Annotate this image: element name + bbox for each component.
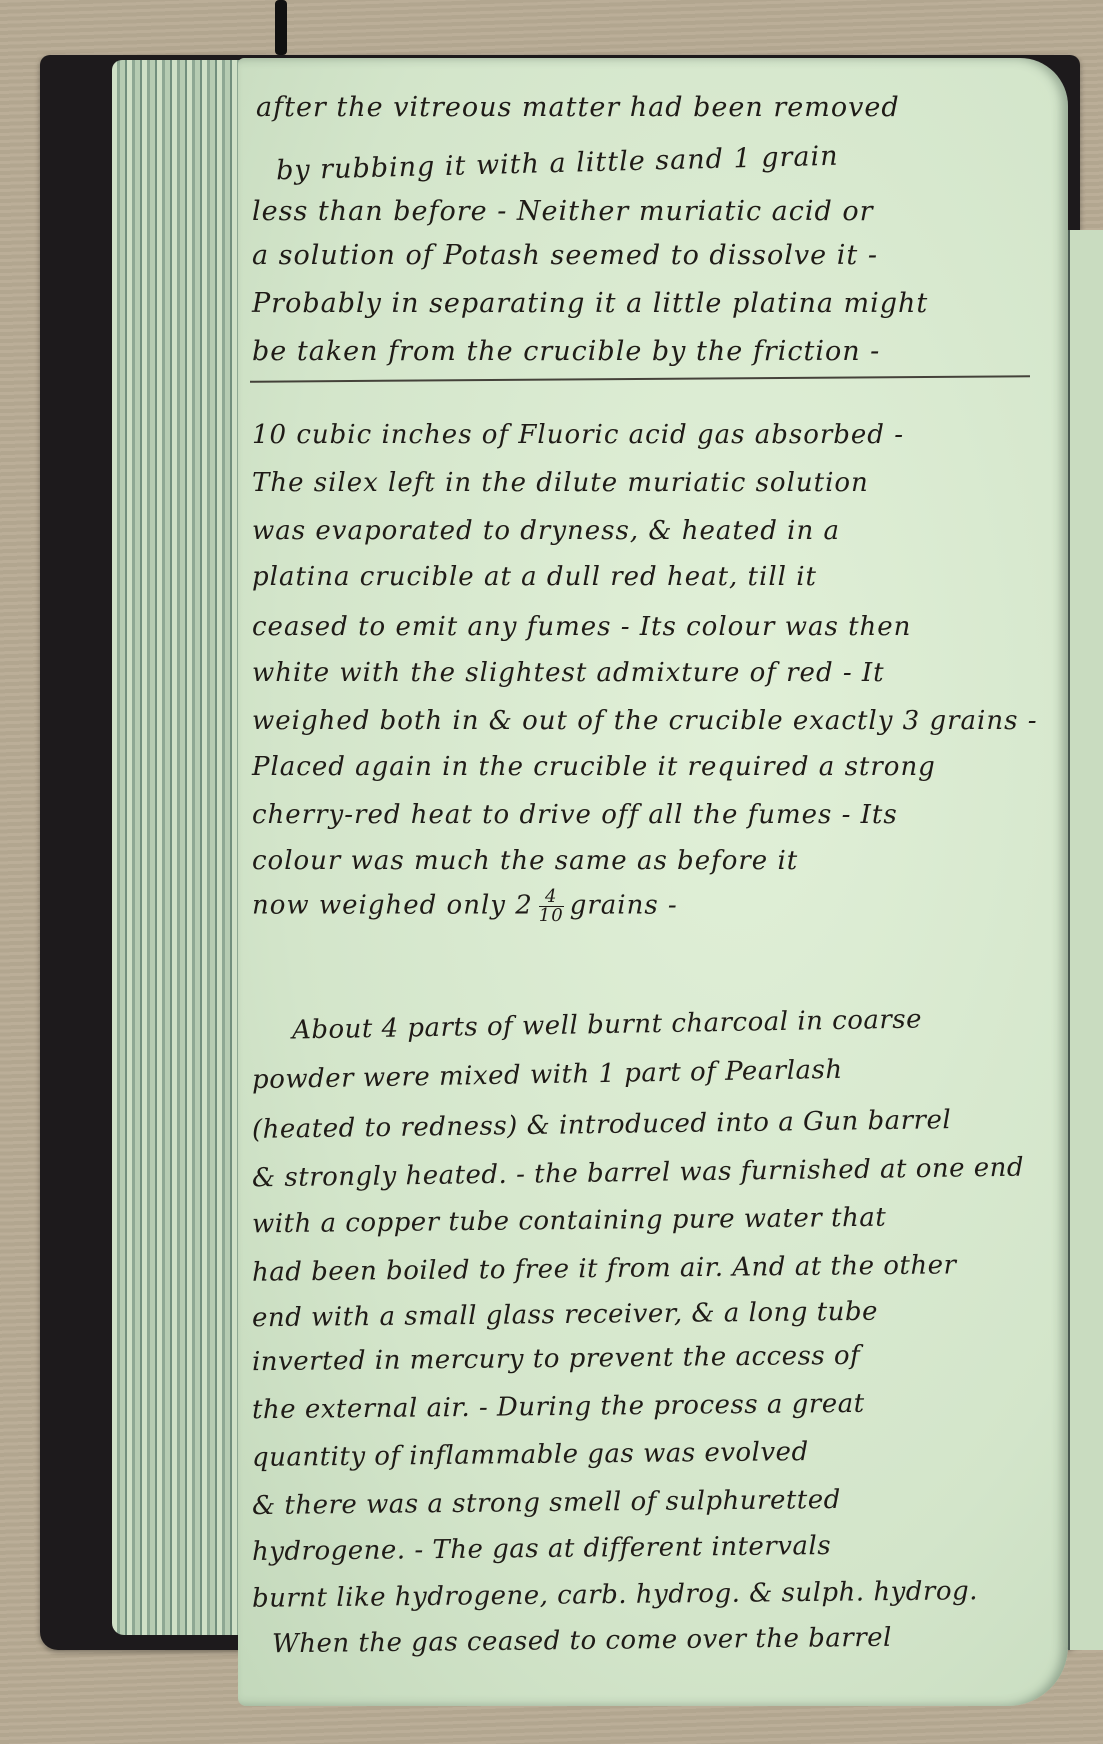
text-line: & there was a strong smell of sulphurett… — [252, 1485, 841, 1521]
text-line: the external air. - During the process a… — [252, 1389, 865, 1425]
text-line: inverted in mercury to prevent the acces… — [252, 1341, 861, 1377]
weight-prefix: now weighed only 2 — [252, 891, 533, 921]
text-line: hydrogene. - The gas at different interv… — [252, 1531, 831, 1567]
text-line: Probably in separating it a little plati… — [252, 288, 928, 319]
text-line: a solution of Potash seemed to dissolve … — [252, 240, 878, 271]
text-line: 10 cubic inches of Fluoric acid gas abso… — [252, 420, 904, 450]
text-line: ceased to emit any fumes - Its colour wa… — [252, 612, 911, 642]
text-line: be taken from the crucible by the fricti… — [252, 336, 880, 367]
text-line: colour was much the same as before it — [252, 846, 798, 876]
text-line: less than before - Neither muriatic acid… — [252, 196, 874, 227]
text-line: weighed both in & out of the crucible ex… — [252, 706, 1038, 736]
text-line: white with the slightest admixture of re… — [252, 658, 885, 688]
text-line: cherry-red heat to drive off all the fum… — [252, 800, 898, 830]
text-line-weight: now weighed only 2410grains - — [252, 888, 678, 925]
text-line: Placed again in the crucible it required… — [252, 752, 936, 782]
fraction-denominator: 10 — [539, 907, 564, 925]
weight-suffix: grains - — [570, 891, 678, 921]
text-line: quantity of inflammable gas was evolved — [252, 1437, 809, 1473]
text-line: The silex left in the dilute muriatic so… — [252, 468, 869, 498]
book-strap — [275, 0, 287, 55]
text-line: was evaporated to dryness, & heated in a — [252, 516, 840, 546]
facing-page-stack — [1068, 230, 1103, 1650]
weight-fraction: 410 — [539, 888, 564, 925]
text-line: platina crucible at a dull red heat, til… — [252, 562, 817, 592]
text-line: after the vitreous matter had been remov… — [256, 92, 900, 123]
